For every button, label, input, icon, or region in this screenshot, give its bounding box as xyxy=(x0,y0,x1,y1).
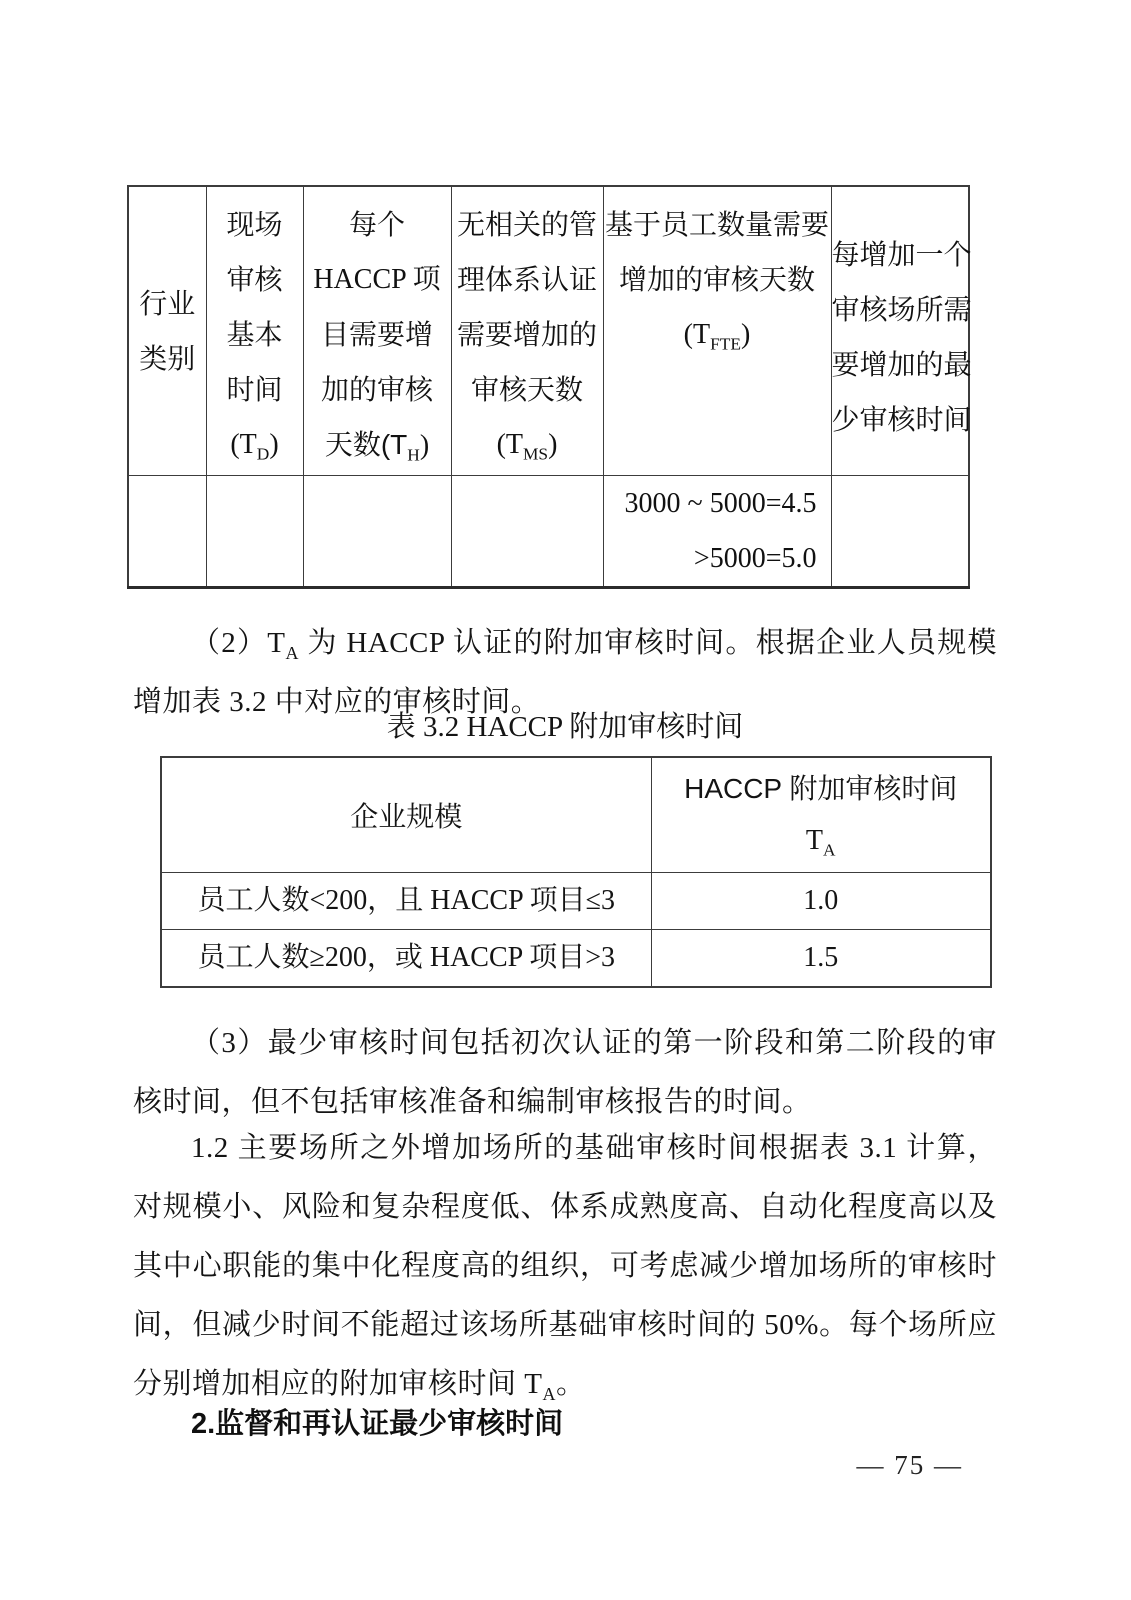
header-line: 时间 xyxy=(207,362,303,417)
fte-value-3000-5000: 3000 ~ 5000=4.5 xyxy=(604,476,831,531)
header-line: 需要增加的 xyxy=(452,307,603,362)
time-value-cell: 1.5 xyxy=(651,930,991,988)
header-line: 审核天数 xyxy=(452,362,603,417)
formula-text: T xyxy=(806,825,823,856)
header-fte-based-days: 基于员工数量需要 增加的审核天数 (TFTE) xyxy=(603,186,831,476)
paragraph-text: （2）T xyxy=(191,627,286,659)
table32-caption: 表 3.2 HACCP 附加审核时间 xyxy=(133,702,997,752)
paragraph-text: 1.2 主要场所之外增加场所的基础审核时间根据表 3.1 计算，对规模小、风险和… xyxy=(133,1132,997,1400)
formula-tms: (TMS) xyxy=(452,417,603,472)
empty-cell xyxy=(303,476,451,588)
header-onsite-base-time: 现场 审核 基本 时间 (TD) xyxy=(206,186,303,476)
empty-cell xyxy=(831,476,969,588)
header-line: HACCP 附加审核时间 xyxy=(652,763,991,815)
empty-cell xyxy=(451,476,603,588)
header-line: 目需要增 xyxy=(304,307,451,362)
header-line: 审核 xyxy=(207,252,303,307)
formula-text: ) xyxy=(420,430,429,461)
fte-value-over-5000: >5000=5.0 xyxy=(604,531,831,586)
scale-condition-cell: 员工人数<200，且 HACCP 项目≤3 xyxy=(161,873,651,930)
fte-values-cell: 3000 ~ 5000=4.5 >5000=5.0 xyxy=(603,476,831,588)
formula-text: 天数(T xyxy=(325,429,407,460)
formula-subscript: H xyxy=(407,446,420,465)
page-number: — 75 — xyxy=(857,1448,964,1482)
table32-row-2: 员工人数≥200，或 HACCP 项目>3 1.5 xyxy=(161,930,991,988)
formula-subscript: MS xyxy=(523,445,548,464)
table32-row-1: 员工人数<200，且 HACCP 项目≤3 1.0 xyxy=(161,873,991,930)
formula-subscript: FTE xyxy=(710,335,741,354)
ta-symbol: TA xyxy=(652,815,991,867)
empty-cell xyxy=(206,476,303,588)
table1-header-row: 行业 类别 现场 审核 基本 时间 (TD) 每个 HACCP 项 目需要增 加… xyxy=(128,186,969,476)
formula-text: (T xyxy=(684,319,710,350)
haccp-additional-audit-time-table: 企业规模 HACCP 附加审核时间 TA 员工人数<200，且 HACCP 项目… xyxy=(160,756,992,988)
table1-data-row: 3000 ~ 5000=4.5 >5000=5.0 xyxy=(128,476,969,588)
header-line: 无相关的管 xyxy=(452,187,603,252)
empty-cell xyxy=(128,476,206,588)
header-haccp-item-days: 每个 HACCP 项 目需要增 加的审核 天数(TH) xyxy=(303,186,451,476)
header-line: HACCP 项 xyxy=(304,252,451,307)
header-line: 少审核时间 xyxy=(832,392,969,447)
section-heading-surveillance-recert: 2.监督和再认证最少审核时间 xyxy=(133,1395,997,1454)
formula-text: (T xyxy=(230,429,256,460)
document-page: 行业 类别 现场 审核 基本 时间 (TD) 每个 HACCP 项 目需要增 加… xyxy=(0,0,1131,1600)
header-line: 要增加的最 xyxy=(832,337,969,392)
table32-header-row: 企业规模 HACCP 附加审核时间 TA xyxy=(161,757,991,873)
formula-tfte: (TFTE) xyxy=(604,307,831,362)
header-line: 基于员工数量需要 xyxy=(604,187,831,252)
formula-th: 天数(TH) xyxy=(304,417,451,472)
paragraph-1-2-additional-sites: 1.2 主要场所之外增加场所的基础审核时间根据表 3.1 计算，对规模小、风险和… xyxy=(133,1119,997,1414)
paragraph-3-min-audit-time: （3）最少审核时间包括初次认证的第一阶段和第二阶段的审核时间，但不包括审核准备和… xyxy=(133,1014,997,1132)
header-line: 理体系认证 xyxy=(452,252,603,307)
industry-audit-time-table: 行业 类别 现场 审核 基本 时间 (TD) 每个 HACCP 项 目需要增 加… xyxy=(127,185,970,589)
formula-text: ) xyxy=(548,429,557,460)
ta-subscript: A xyxy=(286,643,299,663)
header-line: 行业 xyxy=(129,276,206,331)
header-line: 基本 xyxy=(207,307,303,362)
header-line: 审核场所需 xyxy=(832,282,969,337)
time-value-cell: 1.0 xyxy=(651,873,991,930)
formula-subscript: A xyxy=(823,841,836,860)
header-line: 增加的审核天数 xyxy=(604,252,831,307)
formula-td: (TD) xyxy=(207,417,303,472)
header-line: 现场 xyxy=(207,187,303,252)
header-enterprise-scale: 企业规模 xyxy=(161,757,651,873)
header-haccp-additional-time: HACCP 附加审核时间 TA xyxy=(651,757,991,873)
formula-subscript: D xyxy=(257,445,270,464)
formula-text: (T xyxy=(497,429,523,460)
scale-condition-cell: 员工人数≥200，或 HACCP 项目>3 xyxy=(161,930,651,988)
header-industry-category: 行业 类别 xyxy=(128,186,206,476)
formula-text: ) xyxy=(269,429,278,460)
header-no-ms-cert-days: 无相关的管 理体系认证 需要增加的 审核天数 (TMS) xyxy=(451,186,603,476)
header-line: 类别 xyxy=(129,331,206,386)
header-line: 加的审核 xyxy=(304,362,451,417)
header-line: 每个 xyxy=(304,187,451,252)
header-additional-site-min-time: 每增加一个 审核场所需 要增加的最 少审核时间 xyxy=(831,186,969,476)
formula-text: ) xyxy=(741,319,750,350)
header-line: 每增加一个 xyxy=(832,187,969,282)
